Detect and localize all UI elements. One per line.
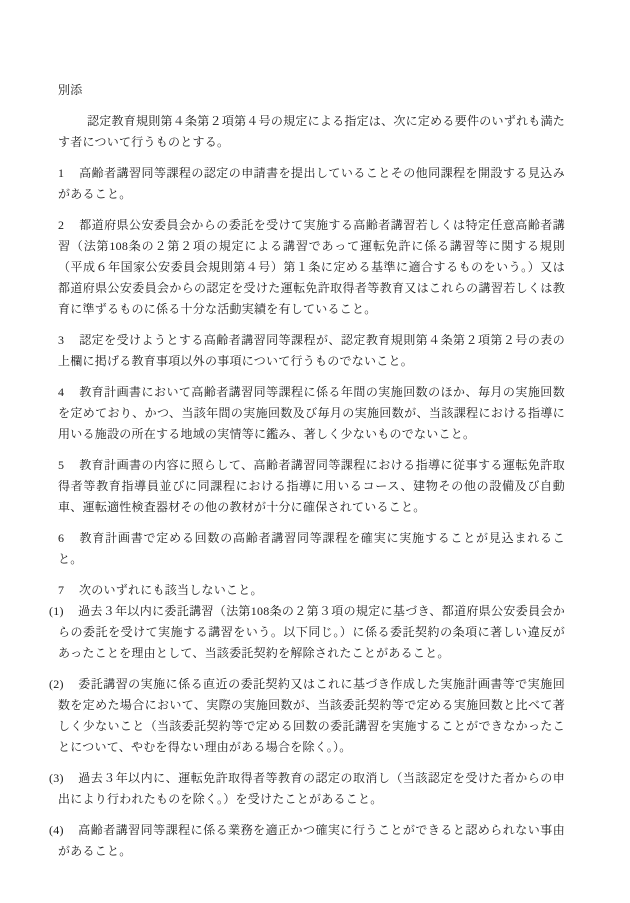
item-text: 教育計画書の内容に照らして、高齢者講習同等課程における指導に従事する運転免許取得…	[58, 458, 565, 514]
sub-list-item-1: (1)過去３年以内に委託講習（法第108条の２第３項の規定に基づき、都道府県公安…	[58, 601, 565, 664]
item-text: 認定を受けようとする高齢者講習同等課程が、認定教育規則第４条第２項第２号の表の上…	[58, 333, 565, 368]
intro-paragraph: 認定教育規則第４条第２項第４号の規定による指定は、次に定める要件のいずれも満たす…	[58, 111, 565, 153]
item-number: 4	[58, 382, 79, 403]
list-item-3: 3認定を受けようとする高齢者講習同等課程が、認定教育規則第４条第２項第２号の表の…	[58, 330, 565, 372]
item-text: 次のいずれにも該当しないこと。	[79, 583, 263, 597]
item-number: 7	[58, 580, 79, 601]
list-item-2: 2都道府県公安委員会からの委託を受けて実施する高齢者講習若しくは特定任意高齢者講…	[58, 215, 565, 320]
sub-item-text: 過去３年以内に委託講習（法第108条の２第３項の規定に基づき、都道府県公安委員会…	[58, 604, 565, 660]
item-number: 2	[58, 215, 79, 236]
item-text: 教育計画書において高齢者講習同等課程に係る年間の実施回数のほか、毎月の実施回数を…	[58, 385, 565, 441]
item-number: 5	[58, 455, 79, 476]
sub-item-text: 過去３年以内に、運転免許取得者等教育の認定の取消し（当該認定を受けた者からの申出…	[58, 771, 565, 806]
attachment-label: 別添	[58, 80, 565, 101]
list-item-5: 5教育計画書の内容に照らして、高齢者講習同等課程における指導に従事する運転免許取…	[58, 455, 565, 518]
sub-list-item-4: (4)高齢者講習同等課程に係る業務を適正かつ確実に行うことができると認められない…	[58, 820, 565, 862]
item-text: 教育計画書で定める回数の高齢者講習同等課程を確実に実施することが見込まれること。	[58, 531, 565, 566]
item-text: 高齢者講習同等課程の認定の申請書を提出していることその他同課程を開設する見込みが…	[58, 166, 565, 201]
sub-item-number: (1)	[49, 601, 78, 622]
sub-item-text: 委託講習の実施に係る直近の委託契約又はこれに基づき作成した実施計画書等で実施回数…	[58, 677, 565, 754]
sub-item-number: (3)	[49, 768, 78, 789]
item-number: 3	[58, 330, 79, 351]
list-item-1: 1高齢者講習同等課程の認定の申請書を提出していることその他同課程を開設する見込み…	[58, 163, 565, 205]
list-item-4: 4教育計画書において高齢者講習同等課程に係る年間の実施回数のほか、毎月の実施回数…	[58, 382, 565, 445]
item-text: 都道府県公安委員会からの委託を受けて実施する高齢者講習若しくは特定任意高齢者講習…	[58, 218, 565, 316]
sub-item-number: (2)	[49, 674, 78, 695]
list-item-6: 6教育計画書で定める回数の高齢者講習同等課程を確実に実施することが見込まれること…	[58, 528, 565, 570]
item-number: 6	[58, 528, 79, 549]
item-number: 1	[58, 163, 79, 184]
list-item-7: 7次のいずれにも該当しないこと。	[58, 580, 565, 601]
sub-item-number: (4)	[49, 820, 78, 841]
sub-list-item-2: (2)委託講習の実施に係る直近の委託契約又はこれに基づき作成した実施計画書等で実…	[58, 674, 565, 758]
sub-list-item-3: (3)過去３年以内に、運転免許取得者等教育の認定の取消し（当該認定を受けた者から…	[58, 768, 565, 810]
document-page: 別添 認定教育規則第４条第２項第４号の規定による指定は、次に定める要件のいずれも…	[0, 0, 630, 903]
sub-item-text: 高齢者講習同等課程に係る業務を適正かつ確実に行うことができると認められない事由が…	[58, 823, 565, 858]
